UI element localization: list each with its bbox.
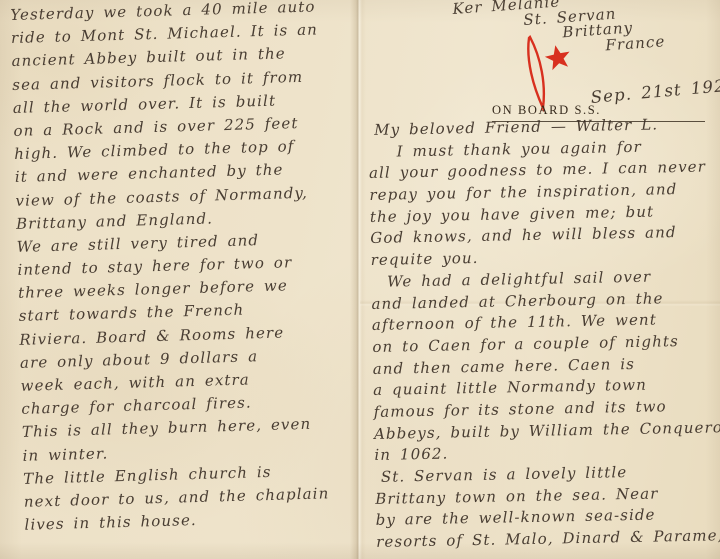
page-fold <box>350 0 366 559</box>
pennant-shape <box>528 37 544 108</box>
star-shape <box>543 43 573 71</box>
right-page: My beloved Friend — Walter L. I must tha… <box>368 113 720 553</box>
letter-date: Sep. 21st 1927 <box>590 75 720 107</box>
left-page: Yesterday we took a 40 mile auto ride to… <box>10 0 370 537</box>
address-line: France <box>605 34 666 54</box>
letter-scan: Yesterday we took a 40 mile auto ride to… <box>0 0 720 559</box>
red-star-line-logo-icon <box>516 34 590 112</box>
